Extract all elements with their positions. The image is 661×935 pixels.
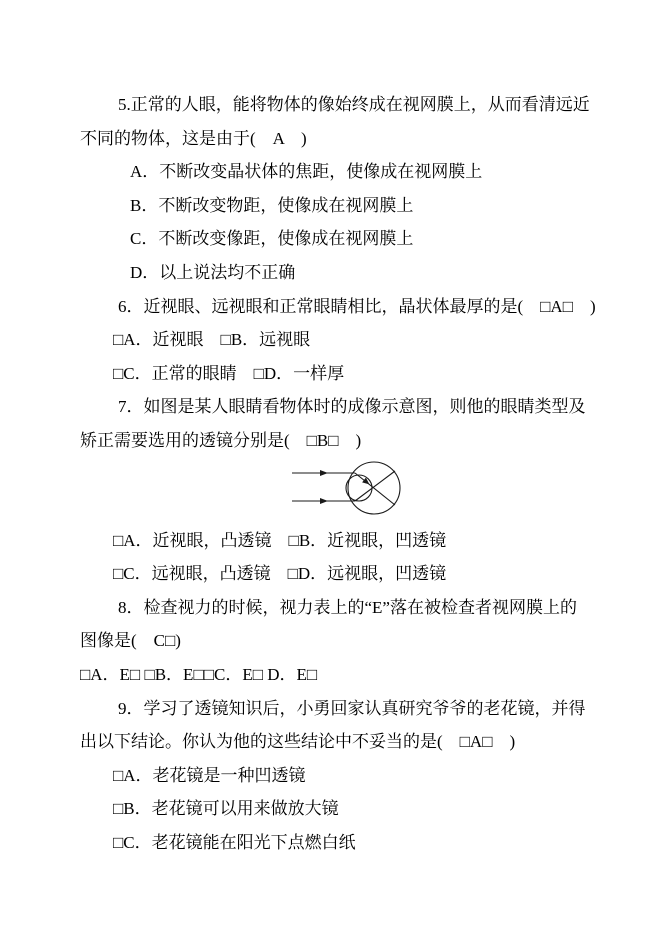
- question-7-options-cd: □C．远视眼，凸透镜 □D．远视眼，凹透镜: [80, 557, 661, 591]
- question-8-line-2: 图像是( C□): [80, 624, 661, 658]
- question-9-option-b: □B．老花镜可以用来做放大镜: [80, 792, 661, 826]
- question-5-option-a: A．不断改变晶状体的焦距，使像成在视网膜上: [80, 155, 661, 189]
- question-7-line-1: 7．如图是某人眼睛看物体时的成像示意图，则他的眼睛类型及: [80, 390, 661, 424]
- question-8-line-1: 8．检查视力的时候，视力表上的“E”落在被检查者视网膜上的: [80, 591, 661, 625]
- refracted-ray-down: [355, 473, 395, 505]
- question-6-options-ab: □A．近视眼 □B．远视眼: [80, 323, 661, 357]
- question-9-option-c: □C．老花镜能在阳光下点燃白纸: [80, 826, 661, 860]
- question-9-line-2: 出以下结论。你认为他的这些结论中不妥当的是( □A□ ): [80, 725, 661, 759]
- question-5-line-1: 5.正常的人眼，能将物体的像始终成在视网膜上，从而看清远近: [80, 88, 661, 122]
- question-8-options: □A．E□ □B．E□□C．E□ D．E□: [80, 658, 661, 692]
- question-5-option-d: D．以上说法均不正确: [80, 256, 661, 290]
- eye-diagram: [80, 458, 661, 524]
- question-9-line-1: 9．学习了透镜知识后，小勇回家认真研究爷爷的老花镜，并得: [80, 692, 661, 726]
- lens-circle: [346, 475, 372, 501]
- question-7-options-ab: □A．近视眼，凸透镜 □B．近视眼，凹透镜: [80, 524, 661, 558]
- question-5-option-c: C．不断改变像距，使像成在视网膜上: [80, 222, 661, 256]
- ray-arrow-top-icon: [320, 470, 328, 476]
- question-6-options-cd: □C．正常的眼睛 □D．一样厚: [80, 357, 661, 391]
- document-page: 5.正常的人眼，能将物体的像始终成在视网膜上，从而看清远近 不同的物体，这是由于…: [0, 0, 661, 935]
- question-6-line-1: 6．近视眼、远视眼和正常眼睛相比，晶状体最厚的是( □A□ ): [80, 290, 661, 324]
- question-9-option-a: □A．老花镜是一种凹透镜: [80, 759, 661, 793]
- eye-imaging-ray-diagram: [292, 458, 412, 520]
- ray-arrow-bottom-icon: [320, 498, 328, 504]
- question-5-option-b: B．不断改变物距，使像成在视网膜上: [80, 189, 661, 223]
- question-7-line-2: 矫正需要选用的透镜分别是( □B□ ): [80, 424, 661, 458]
- question-5-line-2: 不同的物体，这是由于( A ): [80, 122, 661, 156]
